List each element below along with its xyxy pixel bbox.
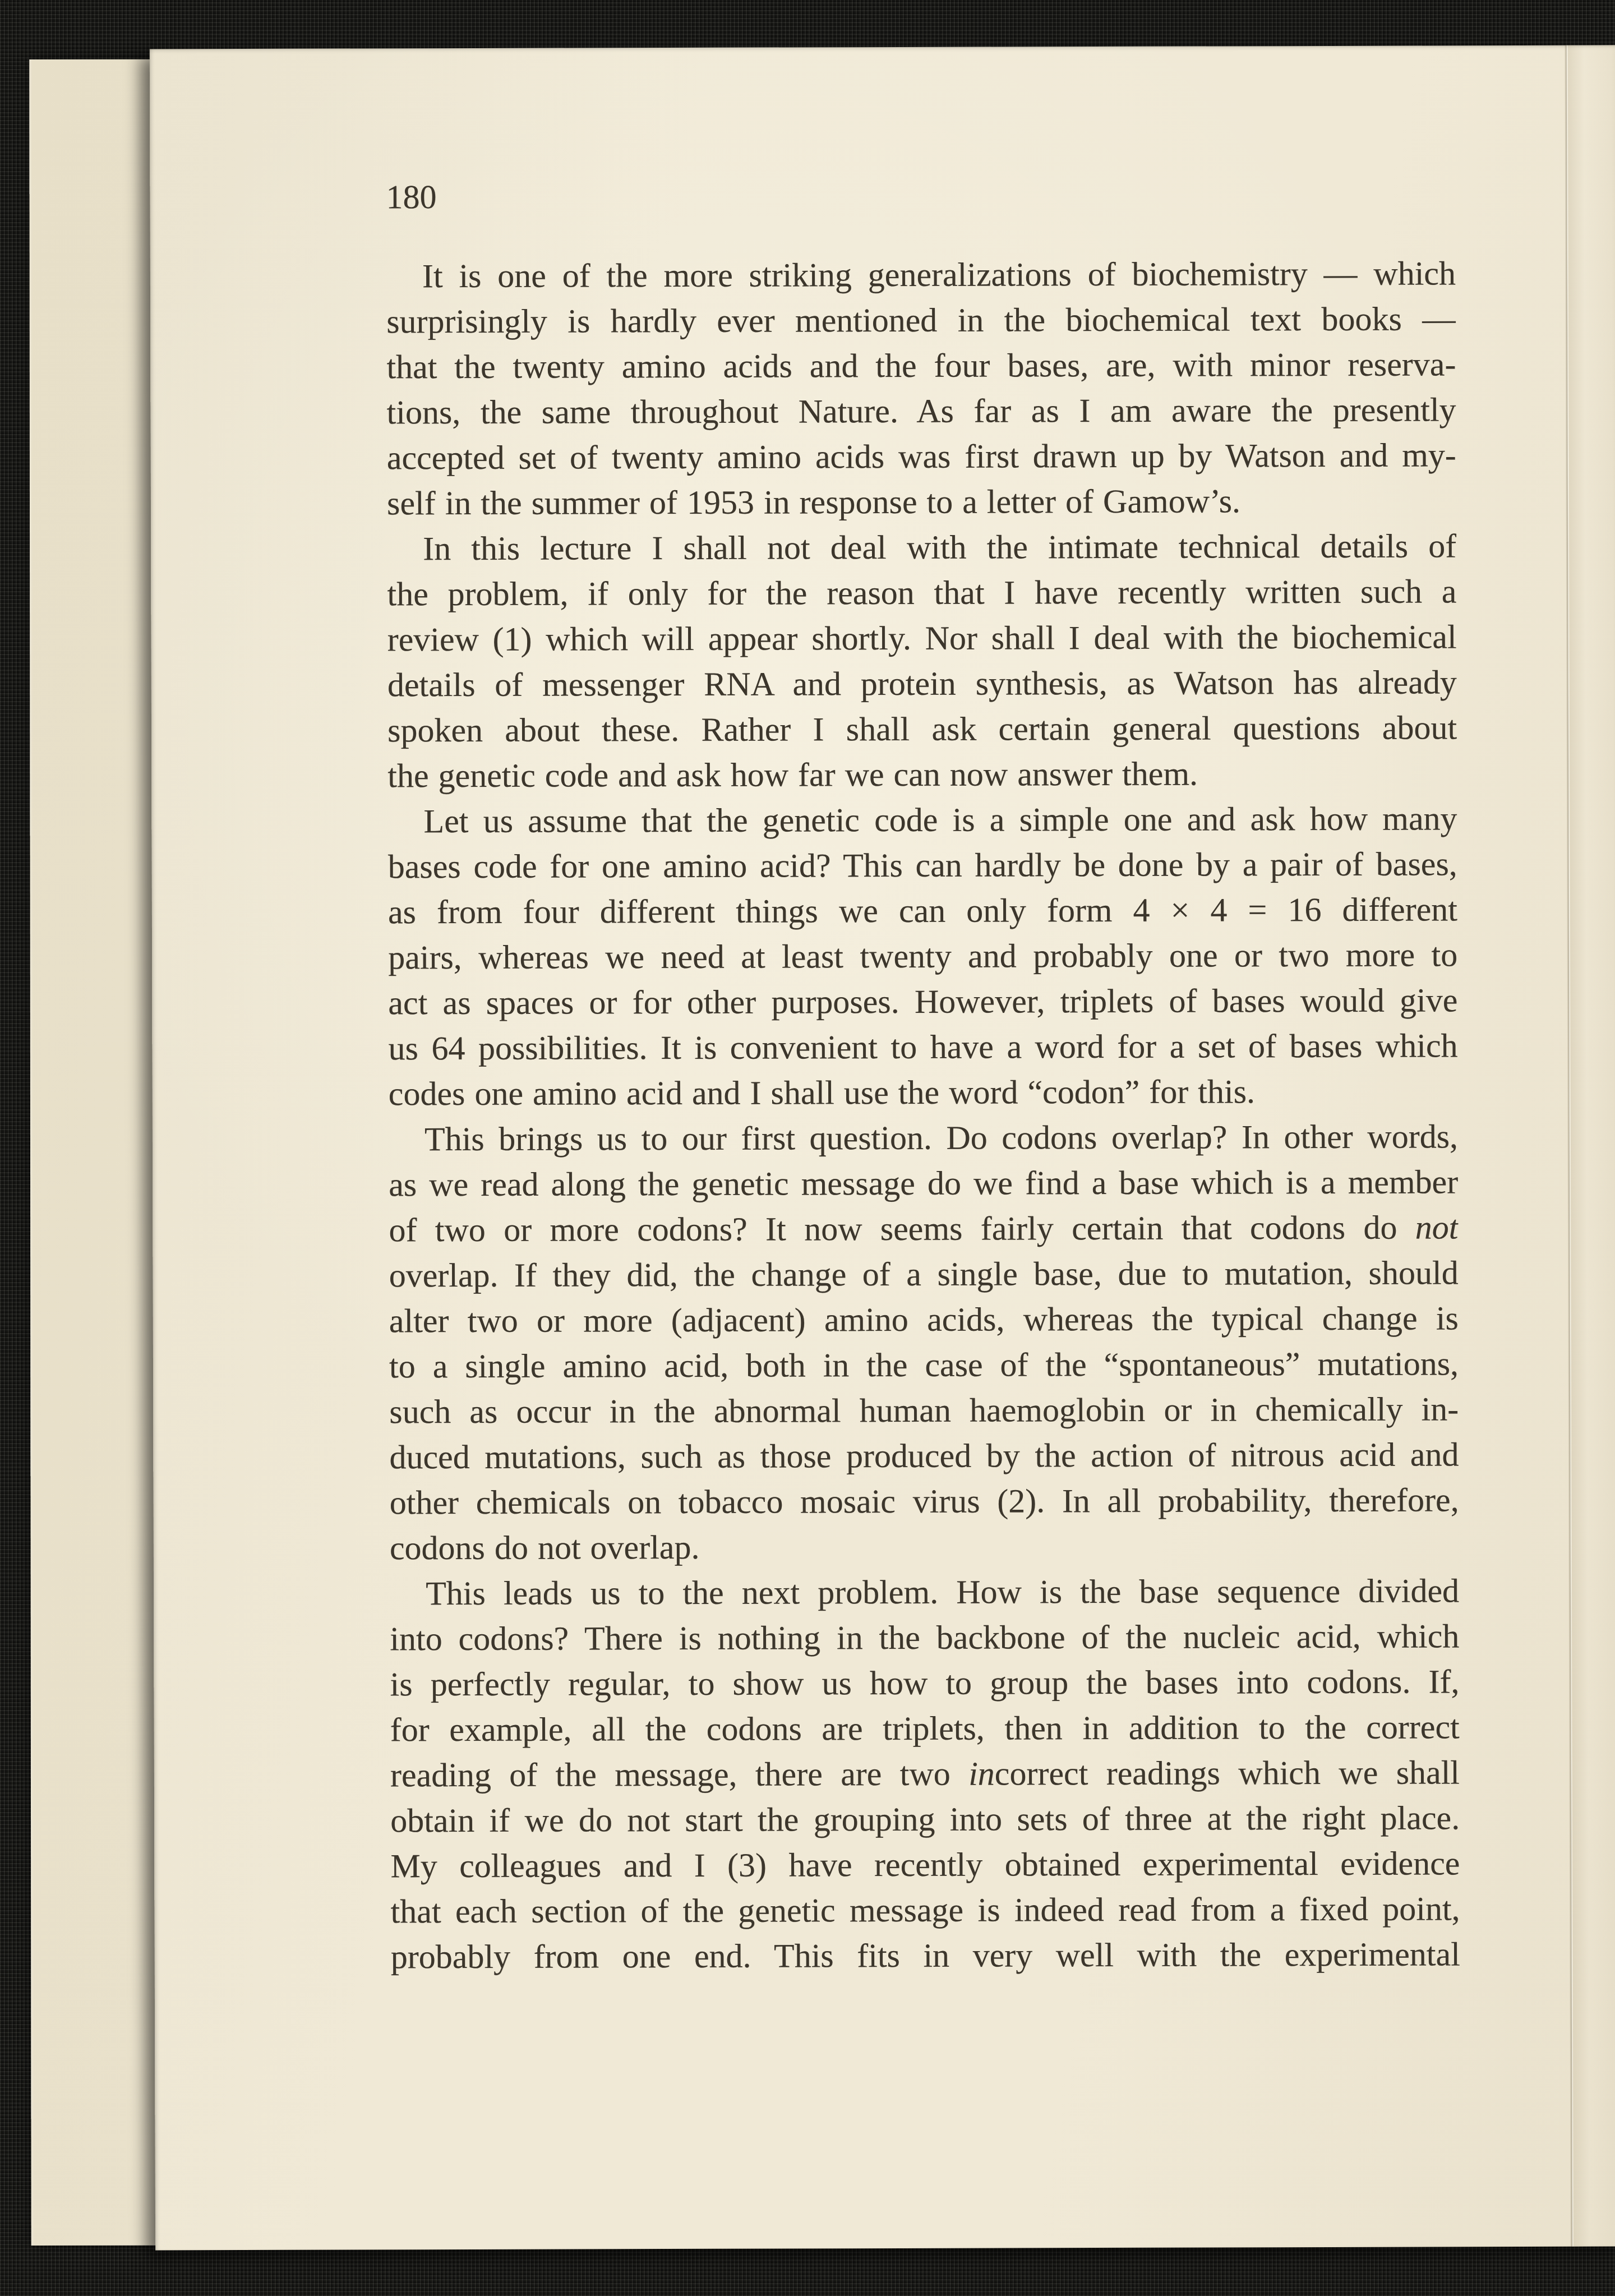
- paragraph: It is one of the more striking generaliz…: [386, 251, 1456, 526]
- body-text: is perfectly regular, to show us how to …: [390, 1663, 1459, 1703]
- text-block: It is one of the more striking generaliz…: [386, 251, 1460, 1980]
- body-text: the genetic code and ask how far we can …: [387, 755, 1198, 795]
- body-text: overlap. If they did, the change of a si…: [389, 1254, 1459, 1294]
- text-line: to a single amino acid, both in the case…: [389, 1341, 1459, 1389]
- body-text: My colleagues and I (3) have recently ob…: [390, 1845, 1460, 1884]
- text-line: other chemicals on tobacco mosaic virus …: [390, 1477, 1459, 1525]
- paragraph: Let us assume that the genetic code is a…: [387, 796, 1457, 1117]
- body-text: such as occur in the abnormal human haem…: [389, 1390, 1459, 1430]
- italic-text: not: [1415, 1209, 1459, 1246]
- body-text: review (1) which will appear shortly. No…: [387, 618, 1457, 658]
- text-line: into codons? There is nothing in the bac…: [390, 1613, 1459, 1662]
- text-line: It is one of the more striking generaliz…: [386, 251, 1456, 299]
- body-text: codons do not overlap.: [390, 1529, 700, 1566]
- body-text: spoken about these. Rather I shall ask c…: [387, 709, 1457, 749]
- paragraph: In this lecture I shall not deal with th…: [387, 523, 1457, 799]
- text-line: for example, all the codons are triplets…: [390, 1704, 1460, 1753]
- body-text: correct readings which we shall: [995, 1754, 1460, 1792]
- body-text: surprisingly is hardly ever mentioned in…: [386, 300, 1456, 340]
- body-text: tions, the same throughout Nature. As fa…: [386, 391, 1456, 431]
- text-line: pairs, whereas we need at least twenty a…: [388, 932, 1457, 980]
- body-text: the problem, if only for the reason that…: [387, 573, 1456, 612]
- text-line: In this lecture I shall not deal with th…: [387, 523, 1456, 571]
- text-line: us 64 possibilities. It is convenient to…: [388, 1023, 1457, 1071]
- paragraph: This leads us to the next problem. How i…: [390, 1568, 1460, 1980]
- body-text: to a single amino acid, both in the case…: [389, 1345, 1459, 1385]
- body-text: act as spaces or for other purposes. How…: [388, 981, 1457, 1021]
- text-line: codes one amino acid and I shall use the…: [389, 1068, 1458, 1117]
- body-text: reading of the message, there are two: [390, 1755, 968, 1794]
- text-line: alter two or more (adjacent) amino acids…: [389, 1295, 1459, 1344]
- text-line: such as occur in the abnormal human haem…: [389, 1386, 1459, 1435]
- text-line: My colleagues and I (3) have recently ob…: [390, 1841, 1460, 1889]
- body-text: us 64 possibilities. It is convenient to…: [388, 1027, 1457, 1067]
- text-line: duced mutations, such as those produced …: [389, 1432, 1459, 1480]
- body-text: Let us assume that the genetic code is a…: [423, 800, 1457, 840]
- text-line: of two or more codons? It now seems fair…: [389, 1205, 1458, 1253]
- body-text: It is one of the more striking generaliz…: [422, 255, 1456, 294]
- text-line: Let us assume that the genetic code is a…: [387, 796, 1457, 844]
- text-line: that each section of the genetic message…: [390, 1886, 1460, 1934]
- body-text: accepted set of twenty amino acids was f…: [387, 436, 1456, 476]
- text-line: the genetic code and ask how far we can …: [387, 750, 1457, 799]
- body-text: details of messenger RNA and protein syn…: [387, 663, 1457, 703]
- body-text: bases code for one amino acid? This can …: [388, 845, 1457, 885]
- body-text: of two or more codons? It now seems fair…: [389, 1209, 1415, 1249]
- body-text: In this lecture I shall not deal with th…: [423, 527, 1456, 567]
- text-line: bases code for one amino acid? This can …: [388, 841, 1457, 889]
- text-line: surprisingly is hardly ever mentioned in…: [386, 296, 1456, 344]
- book-scan-photograph: 180 It is one of the more striking gener…: [0, 0, 1615, 2296]
- text-line: obtain if we do not start the grouping i…: [390, 1795, 1460, 1843]
- body-text: probably from one end. This fits in very…: [391, 1935, 1460, 1975]
- text-line: spoken about these. Rather I shall ask c…: [387, 705, 1457, 753]
- body-text: This brings us to our first question. Do…: [424, 1118, 1458, 1158]
- text-line: self in the summer of 1953 in response t…: [387, 478, 1456, 526]
- text-line: tions, the same throughout Nature. As fa…: [386, 387, 1456, 435]
- text-line: This brings us to our first question. Do…: [389, 1114, 1458, 1162]
- body-text: that each section of the genetic message…: [390, 1890, 1460, 1930]
- body-text: as from four different things we can onl…: [388, 891, 1457, 930]
- text-line: details of messenger RNA and protein syn…: [387, 660, 1457, 708]
- text-line: is perfectly regular, to show us how to …: [390, 1659, 1459, 1707]
- body-text: for example, all the codons are triplets…: [390, 1708, 1460, 1748]
- text-line: review (1) which will appear shortly. No…: [387, 614, 1457, 662]
- body-text: as we read along the genetic message do …: [389, 1163, 1458, 1203]
- body-text: This leads us to the next problem. How i…: [426, 1572, 1459, 1612]
- body-text: into codons? There is nothing in the bac…: [390, 1617, 1459, 1657]
- body-text: that the twenty amino acids and the four…: [386, 345, 1456, 385]
- body-text: other chemicals on tobacco mosaic virus …: [390, 1481, 1459, 1521]
- page-number: 180: [386, 180, 436, 214]
- text-line: overlap. If they did, the change of a si…: [389, 1250, 1458, 1298]
- body-text: obtain if we do not start the grouping i…: [390, 1799, 1460, 1839]
- text-line: as we read along the genetic message do …: [389, 1159, 1458, 1207]
- body-text: pairs, whereas we need at least twenty a…: [388, 936, 1457, 976]
- italic-text: in: [968, 1755, 995, 1792]
- text-line: accepted set of twenty amino acids was f…: [387, 432, 1456, 481]
- body-text: self in the summer of 1953 in response t…: [387, 482, 1240, 522]
- text-line: This leads us to the next problem. How i…: [390, 1568, 1459, 1616]
- text-line: act as spaces or for other purposes. How…: [388, 978, 1457, 1026]
- body-text: duced mutations, such as those produced …: [389, 1436, 1459, 1476]
- text-line: as from four different things we can onl…: [388, 887, 1457, 935]
- text-line: reading of the message, there are two in…: [390, 1750, 1460, 1798]
- paragraph: This brings us to our first question. Do…: [389, 1114, 1459, 1571]
- book-page: 180 It is one of the more striking gener…: [150, 45, 1615, 2251]
- body-text: alter two or more (adjacent) amino acids…: [389, 1299, 1459, 1339]
- text-line: that the twenty amino acids and the four…: [386, 342, 1456, 390]
- text-line: the problem, if only for the reason that…: [387, 569, 1456, 617]
- text-line: codons do not overlap.: [390, 1523, 1459, 1571]
- text-line: probably from one end. This fits in very…: [391, 1931, 1460, 1980]
- body-text: codes one amino acid and I shall use the…: [389, 1073, 1255, 1112]
- page-right-edge-strip: [1568, 45, 1615, 2247]
